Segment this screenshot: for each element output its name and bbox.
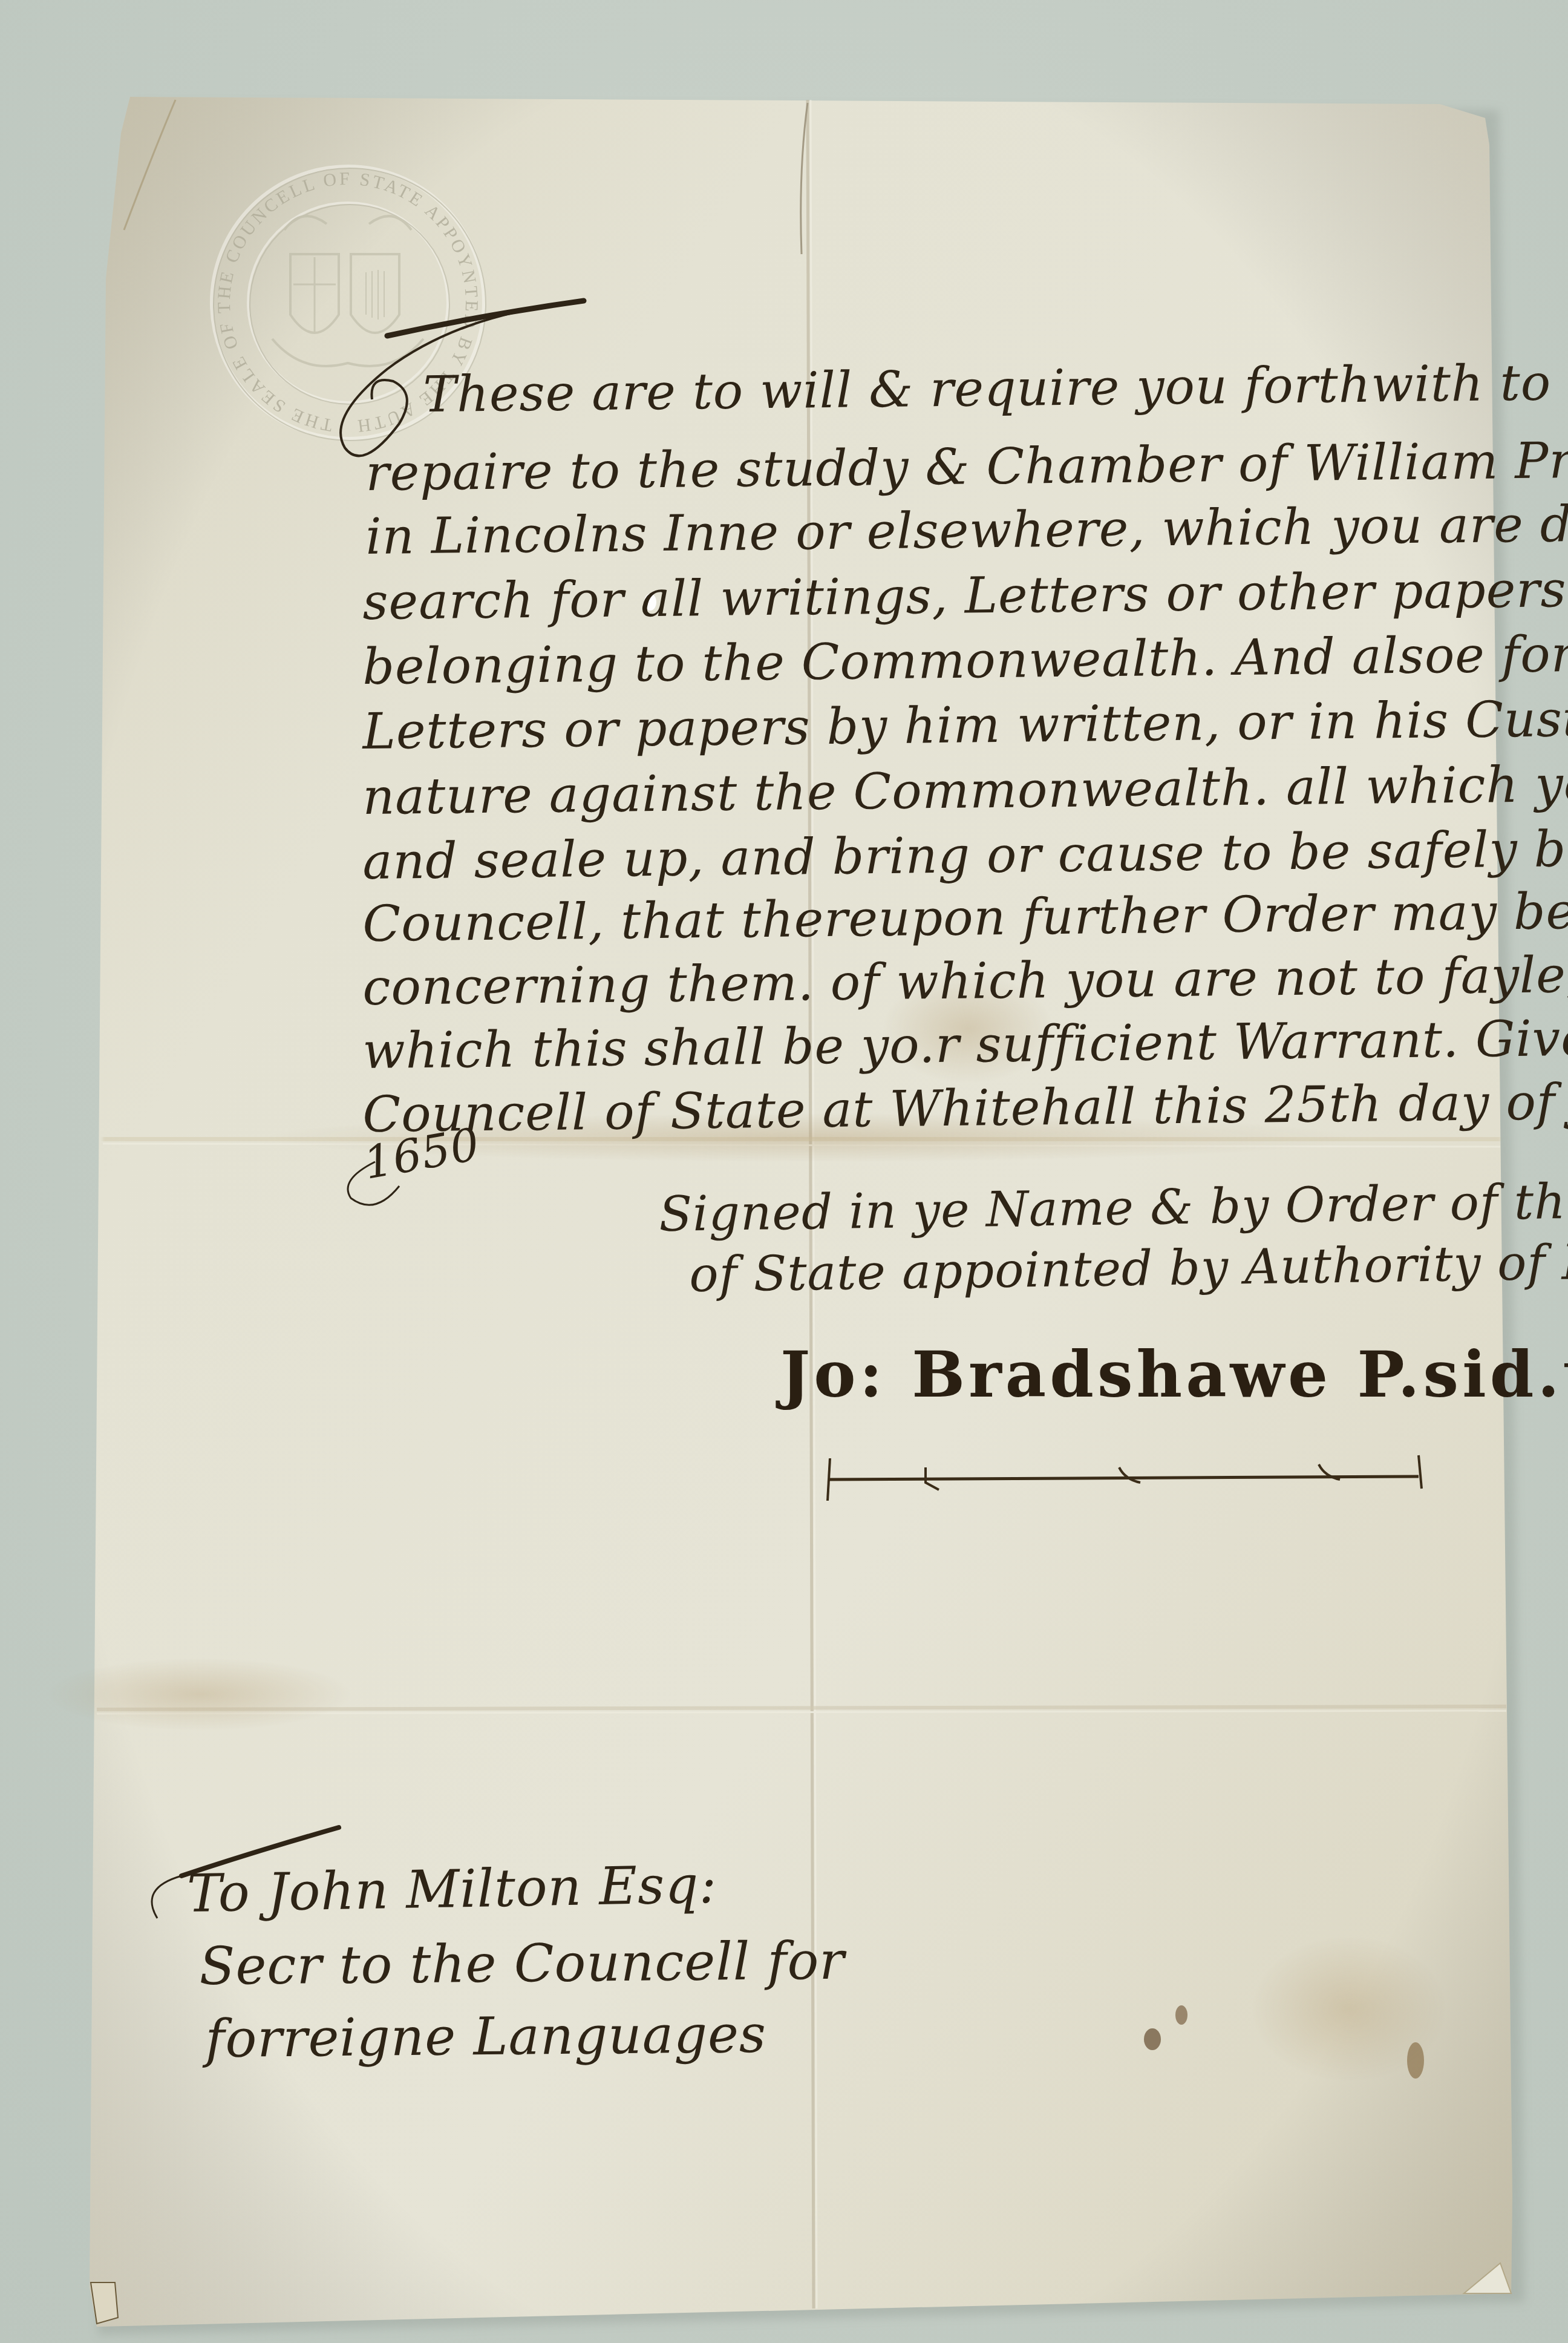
address-recipient: To John Milton Esq: — [186, 1855, 717, 1924]
address-department: forreigne Languages — [205, 2004, 766, 2069]
address-title: Secr to the Councell for — [199, 1931, 845, 1997]
bradshaw-signature: Jo: Bradshawe P.sid.t — [780, 1337, 1568, 1412]
document-photo: THE SEALE OF THE COUNCELL OF STATE APPOY… — [0, 0, 1568, 2343]
